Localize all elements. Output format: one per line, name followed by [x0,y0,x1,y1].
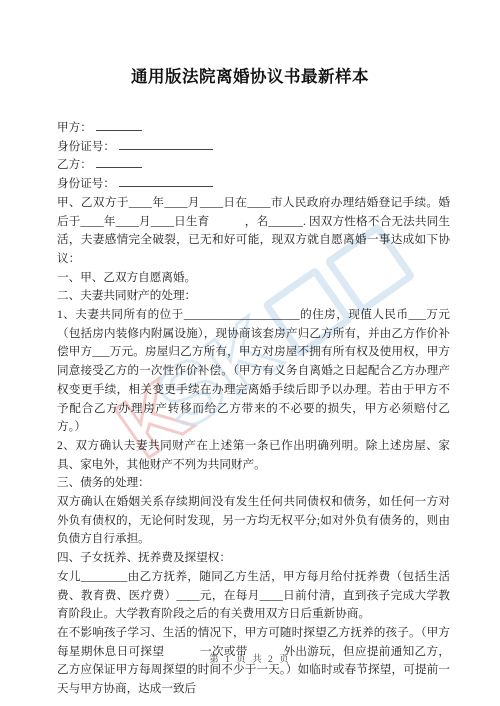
field-party-a-id: 身份证号： [57,138,450,157]
paragraph-clause-2-heading: 二、夫妻共同财产的处理： [57,287,450,306]
field-party-a-id-label: 身份证号： [57,140,115,153]
party-b-id-blank [119,175,213,187]
paragraph-clause-2-item-2: 2、双方确认夫妻共同财产在上述第一条已作出明确列明。除上述房屋、家具、家电外，其… [57,437,450,474]
document-page: K SK 通用版法院离婚协议书最新样本 甲方： 身份证号： 乙方： 身份证号： … [0,0,500,706]
field-party-a: 甲方： [57,119,450,138]
paragraph-clause-1: 一、甲、乙双方自愿离婚。 [57,269,450,288]
field-party-b-id: 身份证号： [57,175,450,194]
paragraph-clause-4-heading: 四、子女抚养、抚养费及探望权： [57,549,450,568]
paragraph-clause-4-body-1: 女儿________由乙方抚养，随同乙方生活，甲方每月给付抚养费（包括生活费、教… [57,568,450,624]
party-a-id-blank [119,138,213,150]
paragraph-intro: 甲、乙双方于____年____月____日在____市人民政府办理结婚登记手续。… [57,194,450,269]
page-number: 第 1 页 共 2 页 [0,651,500,665]
paragraph-clause-3-heading: 三、债务的处理： [57,474,450,493]
field-party-b-label: 乙方： [57,158,92,171]
field-party-a-label: 甲方： [57,121,92,134]
page-title: 通用版法院离婚协议书最新样本 [0,0,500,87]
paragraph-clause-2-item-1: 1、夫妻共同所有的位于____________________的住房，现值人民币… [57,306,450,437]
field-party-b-id-label: 身份证号： [57,177,115,190]
party-b-blank [96,156,142,168]
document-body: 甲方： 身份证号： 乙方： 身份证号： 甲、乙双方于____年____月____… [57,119,450,699]
party-a-blank [96,119,142,131]
field-party-b: 乙方： [57,156,450,175]
paragraph-clause-3-body: 双方确认在婚姻关系存续期间没有发生任何共同债权和债务，如任何一方对外负有债权的，… [57,493,450,549]
